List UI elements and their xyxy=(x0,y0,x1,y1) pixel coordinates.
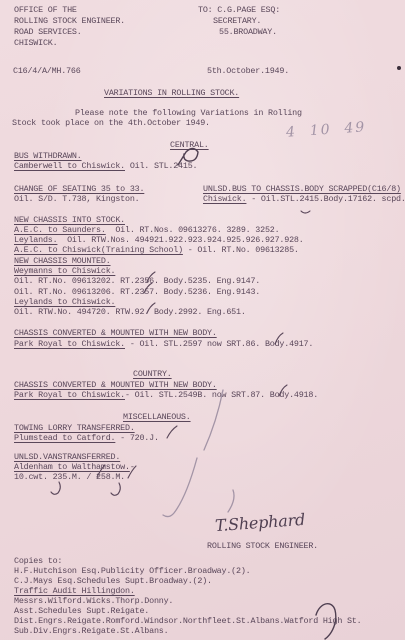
route-text: A.E.C. to Chiswick(Training School) xyxy=(14,245,183,255)
detail-text: - Oil. STL.2549B. now SRT.87. Body.4918. xyxy=(125,390,318,400)
copies-line-5: Asst.Schedules Supt.Reigate. xyxy=(14,606,149,616)
heading-bus-withdrawn: BUS WITHDRAWN. xyxy=(14,151,82,161)
sender-line-1: OFFICE OF THE xyxy=(14,5,77,15)
line-new-stock-3: A.E.C. to Chiswick(Training School) - Oi… xyxy=(14,245,299,255)
handwritten-date: 4 10 49 xyxy=(286,119,367,141)
sender-line-3: ROAD SERVICES. xyxy=(14,27,82,37)
route-text: Chiswick. xyxy=(203,194,246,204)
recipient-line-1: TO: C.G.PAGE ESQ: xyxy=(198,5,280,15)
sender-line-2: ROLLING STOCK ENGINEER. xyxy=(14,16,125,26)
intro-line-2: Stock took place on the 4th.October 1949… xyxy=(12,118,210,128)
detail-text: Oil. RTW.Nos. 494921.922.923.924.925.926… xyxy=(57,235,303,245)
heading-chassis-converted-central: CHASSIS CONVERTED & MOUNTED WITH NEW BOD… xyxy=(14,328,217,338)
line-new-stock-1: A.E.C. to Saunders. Oil. RT.Nos. 0961327… xyxy=(14,225,279,235)
line-towing-lorry: Plumstead to Catford. - 720.J. xyxy=(14,433,159,443)
copies-line-6: Dist.Engrs.Reigate.Romford.Windsor.North… xyxy=(14,616,361,626)
handwritten-signature: T.Shephard xyxy=(214,510,305,535)
signature-title: ROLLING STOCK ENGINEER. xyxy=(207,541,318,551)
detail-text: - 720.J. xyxy=(115,433,158,443)
line-unlsd-bus-scrapped: Chiswick. - Oil.STL.2415.Body.17162. scp… xyxy=(203,194,405,204)
heading-leylands: Leylands to Chiswick. xyxy=(14,297,115,307)
copies-line-4: Messrs.Wilford.Wicks.Thorp.Donny. xyxy=(14,596,173,606)
detail-text: Oil. RT.Nos. 09613276. 3289. 3252. xyxy=(106,225,280,235)
line-vans-detail: 10.cwt. 235.M. / 258.M. xyxy=(14,472,125,482)
route-text: Plumstead to Catford. xyxy=(14,433,115,443)
section-heading-miscellaneous: MISCELLANEOUS. xyxy=(123,412,191,422)
heading-new-chassis-mounted: NEW CHASSIS MOUNTED. xyxy=(14,256,111,266)
memo-page: OFFICE OF THE ROLLING STOCK ENGINEER. RO… xyxy=(0,0,405,640)
heading-unlsd-vans: UNLSD.VANSTRANSFERRED. xyxy=(14,452,120,462)
copies-line-3: Traffic Audit Hillingdon. xyxy=(14,586,135,596)
heading-weymanns: Weymanns to Chiswick. xyxy=(14,266,115,276)
heading-unlsd-bus-scrapped: UNLSD.BUS TO CHASSIS.BODY SCRAPPED(C16/8… xyxy=(203,184,401,194)
sender-line-4: CHISWICK. xyxy=(14,38,57,48)
reference-number: C16/4/A/MH.766 xyxy=(13,66,81,76)
copies-line-1: H.F.Hutchison Esq.Publicity Officer.Broa… xyxy=(14,566,250,576)
intro-line-1: Please note the following Variations in … xyxy=(75,108,302,118)
heading-change-of-seating: CHANGE OF SEATING 35 to 33. xyxy=(14,184,144,194)
section-heading-country: COUNTRY. xyxy=(133,369,172,379)
heading-chassis-converted-country: CHASSIS CONVERTED & MOUNTED WITH NEW BOD… xyxy=(14,380,217,390)
line-weymanns-1: Oil. RT.No. 09613202. RT.2356. Body.5235… xyxy=(14,276,260,286)
line-weymanns-2: Oil. RT.No. 09613206. RT.2357. Body.5236… xyxy=(14,287,260,297)
route-text: Leylands. xyxy=(14,235,57,245)
line-unlsd-vans: Aldenham to Walthamstow.- xyxy=(14,462,135,472)
document-title: VARIATIONS IN ROLLING STOCK. xyxy=(104,88,239,98)
line-chassis-converted-central: Park Royal to Chiswick. - Oil. STL.2597 … xyxy=(14,339,313,349)
route-text: A.E.C. to Saunders. xyxy=(14,225,106,235)
heading-new-chassis-into-stock: NEW CHASSIS INTO STOCK. xyxy=(14,215,125,225)
detail-text: - Oil.STL.2415.Body.17162. scpd. xyxy=(246,194,405,204)
line-leylands-1: Oil. RTW.No. 494720. RTW.92. Body.2992. … xyxy=(14,307,246,317)
copies-line-2: C.J.Mays Esq.Schedules Supt.Broadway.(2)… xyxy=(14,576,212,586)
ink-dot xyxy=(397,66,401,70)
heading-towing-lorry: TOWING LORRY TRANSFERRED. xyxy=(14,423,135,433)
line-chassis-converted-country: Park Royal to Chiswick.- Oil. STL.2549B.… xyxy=(14,390,318,400)
recipient-line-2: SECRETARY. xyxy=(213,16,261,26)
line-change-of-seating: Oil. S/D. T.738, Kingston. xyxy=(14,194,139,204)
detail-text: - Oil. RT.No. 09613285. xyxy=(183,245,299,255)
detail-text: - Oil. STL.2597 now SRT.86. Body.4917. xyxy=(125,339,313,349)
recipient-line-3: 55.BROADWAY. xyxy=(219,27,277,37)
line-new-stock-2: Leylands. Oil. RTW.Nos. 494921.922.923.9… xyxy=(14,235,304,245)
pencil-strokes xyxy=(163,390,234,517)
document-date: 5th.October.1949. xyxy=(207,66,289,76)
line-bus-withdrawn: Camberwell to Chiswick. Oil. STL.2415. xyxy=(14,161,197,171)
copies-line-7: Sub.Div.Engrs.Reigate.St.Albans. xyxy=(14,626,168,636)
route-text: Aldenham to Walthamstow. xyxy=(14,462,130,472)
route-text: Park Royal to Chiswick. xyxy=(14,390,125,400)
route-text: Camberwell to Chiswick. xyxy=(14,161,125,171)
detail-text: Oil. STL.2415. xyxy=(125,161,197,171)
route-text: Park Royal to Chiswick. xyxy=(14,339,125,349)
section-heading-central: CENTRAL. xyxy=(170,140,209,150)
copies-label: Copies to: xyxy=(14,556,62,566)
detail-text: - xyxy=(130,462,135,472)
